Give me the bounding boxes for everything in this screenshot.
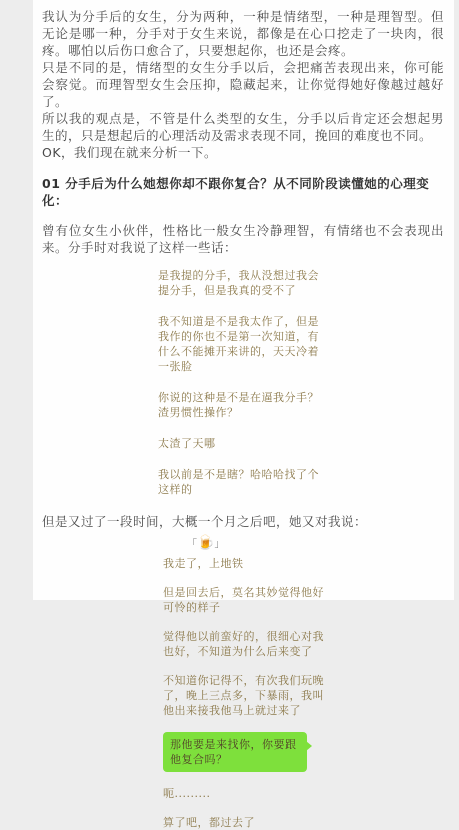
intro-paragraph: OK，我们现在就来分析一下。 — [42, 144, 444, 161]
chat-message: 我走了，上地铁 — [163, 556, 331, 571]
intro-paragraph: 所以我的观点是，不管是什么类型的女生，分手以后肯定还会想起男生的，只是想起后的心… — [42, 110, 444, 144]
section-heading: 01 分手后为什么她想你却不跟你复合？从不同阶段读懂她的心理变化： — [42, 175, 444, 209]
chat-message: 我以前是不是瞎？哈哈哈找了个这样的 — [158, 467, 326, 497]
chat-message: 但是回去后，莫名其妙觉得他好可怜的样子 — [163, 585, 331, 600]
transition-paragraph: 但是又过了一段时间，大概一个月之后吧，她又对我说： — [42, 513, 444, 530]
chat-screenshot-month-later: 我走了，上地铁 但是回去后，莫名其妙觉得他好可怜的样子 觉得他以前蛮好的，很细心… — [163, 556, 444, 600]
chat-screenshot-breakup: 是我提的分手，我从没想过我会提分手，但是我真的受不了 我不知道是不是我太作了，但… — [158, 268, 444, 497]
sticker-bracket-left: 「 — [187, 539, 197, 550]
sticker-bracket-right: 」 — [214, 539, 224, 550]
article-page: 我认为分手后的女生，分为两种，一种是情绪型，一种是理智型。但无论是哪一种，分手对… — [33, 0, 454, 600]
lead-in-paragraph: 曾有位女生小伙伴，性格比一般女生冷静理智，有情绪也不会表现出来。分手时对我说了这… — [42, 222, 444, 256]
chat-message: 太渣了天哪 — [158, 436, 326, 451]
intro-paragraph: 我认为分手后的女生，分为两种，一种是情绪型，一种是理智型。但无论是哪一种，分手对… — [42, 8, 444, 59]
intro-paragraph: 只是不同的是，情绪型的女生分手以后，会把痛苦表现出来，你可能会察觉。而理智型女生… — [42, 59, 444, 110]
chat-message: 你说的这种是不是在逼我分手？渣男惯性操作？ — [158, 390, 326, 420]
chat-message: 是我提的分手，我从没想过我会提分手，但是我真的受不了 — [158, 268, 326, 298]
sticker-row: 「🍺」 — [187, 534, 444, 554]
beer-emoji-icon: 🍺 — [197, 535, 214, 551]
chat-message: 我不知道是不是我太作了，但是我作的你也不是第一次知道，有什么不能摊开来讲的，天天… — [158, 314, 326, 374]
